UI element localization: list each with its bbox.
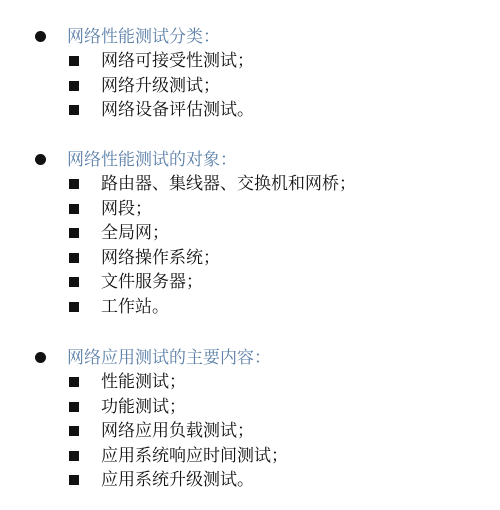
list-item: 网络升级测试； — [0, 74, 500, 99]
round-bullet-icon — [35, 352, 46, 363]
list-item: 应用系统响应时间测试； — [0, 444, 500, 469]
square-bullet-icon — [69, 402, 79, 412]
list-item: 网段； — [0, 197, 500, 222]
list-item: 性能测试； — [0, 370, 500, 395]
square-bullet-icon — [69, 228, 79, 238]
square-bullet-icon — [69, 277, 79, 287]
list-item-text: 应用系统响应时间测试； — [101, 444, 288, 468]
section-heading: 网络性能测试的对象： — [67, 148, 237, 172]
square-bullet-icon — [69, 377, 79, 387]
list-item: 网络操作系统； — [0, 246, 500, 271]
list-item-text: 工作站。 — [101, 295, 169, 319]
round-bullet-icon — [35, 154, 46, 165]
square-bullet-icon — [69, 204, 79, 214]
section-heading: 网络应用测试的主要内容： — [67, 346, 271, 370]
list-item: 文件服务器； — [0, 270, 500, 295]
list-item-text: 全局网； — [101, 221, 169, 245]
square-bullet-icon — [69, 56, 79, 66]
section-heading: 网络性能测试分类： — [67, 25, 220, 49]
list-item-text: 路由器、集线器、交换机和网桥； — [101, 172, 356, 196]
list-item: 功能测试； — [0, 395, 500, 420]
list-item-text: 网络可接受性测试； — [101, 49, 254, 73]
list-item-text: 网络应用负载测试； — [101, 419, 254, 443]
square-bullet-icon — [69, 253, 79, 263]
round-bullet-icon — [35, 31, 46, 42]
list-item: 应用系统升级测试。 — [0, 468, 500, 493]
section-test-objects: 网络性能测试的对象： 路由器、集线器、交换机和网桥； 网段； 全局网； 网络操作… — [0, 148, 500, 319]
square-bullet-icon — [69, 451, 79, 461]
section-heading-row: 网络应用测试的主要内容： — [0, 346, 500, 370]
list-item-text: 应用系统升级测试。 — [101, 468, 254, 492]
list-item: 全局网； — [0, 221, 500, 246]
square-bullet-icon — [69, 105, 79, 115]
list-item-text: 网络设备评估测试。 — [101, 98, 254, 122]
list-item: 网络可接受性测试； — [0, 49, 500, 74]
list-item-text: 文件服务器； — [101, 270, 203, 294]
list-item: 路由器、集线器、交换机和网桥； — [0, 172, 500, 197]
list-item-text: 网络升级测试； — [101, 74, 220, 98]
square-bullet-icon — [69, 475, 79, 485]
section-application-tests: 网络应用测试的主要内容： 性能测试； 功能测试； 网络应用负载测试； 应用系统响… — [0, 346, 500, 493]
list-item: 工作站。 — [0, 295, 500, 320]
section-test-categories: 网络性能测试分类： 网络可接受性测试； 网络升级测试； 网络设备评估测试。 — [0, 25, 500, 123]
section-heading-row: 网络性能测试分类： — [0, 25, 500, 49]
list-item-text: 网段； — [101, 197, 152, 221]
square-bullet-icon — [69, 179, 79, 189]
square-bullet-icon — [69, 426, 79, 436]
list-item: 网络应用负载测试； — [0, 419, 500, 444]
list-item-text: 性能测试； — [101, 370, 186, 394]
list-item-text: 功能测试； — [101, 395, 186, 419]
square-bullet-icon — [69, 81, 79, 91]
list-item: 网络设备评估测试。 — [0, 98, 500, 123]
list-item-text: 网络操作系统； — [101, 246, 220, 270]
section-heading-row: 网络性能测试的对象： — [0, 148, 500, 172]
square-bullet-icon — [69, 302, 79, 312]
